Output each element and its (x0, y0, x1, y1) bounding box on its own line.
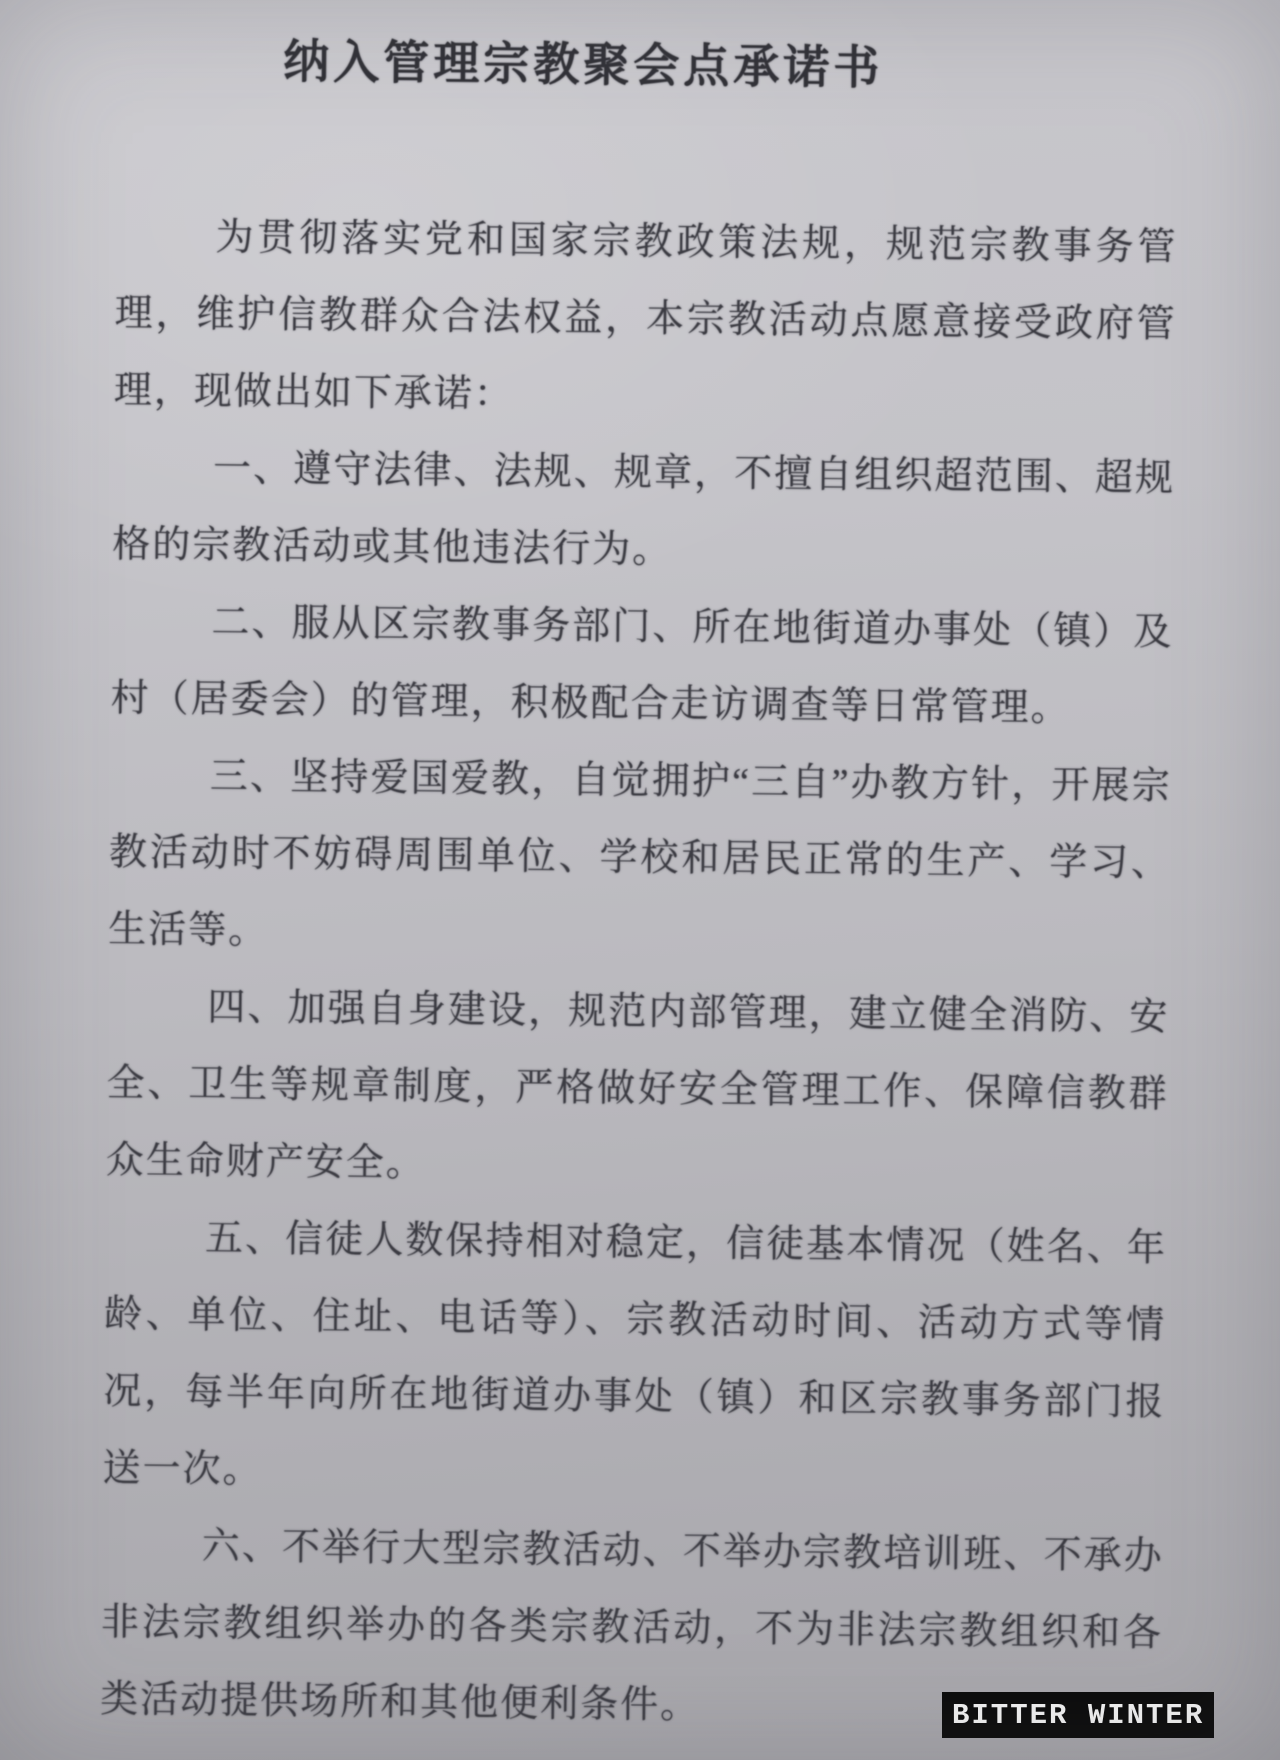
paragraph-item-4: 四、加强自身建设，规范内部管理，建立健全消防、安全、卫生等规章制度，严格做好安全… (105, 968, 1169, 1210)
paragraph-item-1: 一、遵守法律、法规、规章，不擅自组织超范围、超规格的宗教活动或其他违法行为。 (112, 430, 1176, 595)
document-body: 为贯彻落实党和国家宗教政策法规，规范宗教事务管理，维护信教群众合法权益，本宗教活… (100, 199, 1178, 1750)
document-sheet: 纳入管理宗教聚会点承诺书 为贯彻落实党和国家宗教政策法规，规范宗教事务管理，维护… (0, 0, 1280, 1760)
paragraph-intro: 为贯彻落实党和国家宗教政策法规，规范宗教事务管理，维护信教群众合法权益，本宗教活… (113, 199, 1177, 441)
paragraph-item-5: 五、信徒人数保持相对稳定，信徒基本情况（姓名、年龄、单位、住址、电话等）、宗教活… (102, 1199, 1167, 1518)
document-photo: 纳入管理宗教聚会点承诺书 为贯彻落实党和国家宗教政策法规，规范宗教事务管理，维护… (0, 0, 1280, 1760)
document-title: 纳入管理宗教聚会点承诺书 (283, 30, 884, 100)
paragraph-item-2: 二、服从区宗教事务部门、所在地街道办事处（镇）及村（居委会）的管理，积极配合走访… (110, 584, 1174, 749)
paragraph-item-3: 三、坚持爱国爱教，自觉拥护“三自”办教方针，开展宗教活动时不妨碍周围单位、学校和… (108, 737, 1172, 979)
bitter-winter-watermark: BITTER WINTER (942, 1692, 1214, 1738)
watermark-label: BITTER WINTER (952, 1699, 1204, 1732)
